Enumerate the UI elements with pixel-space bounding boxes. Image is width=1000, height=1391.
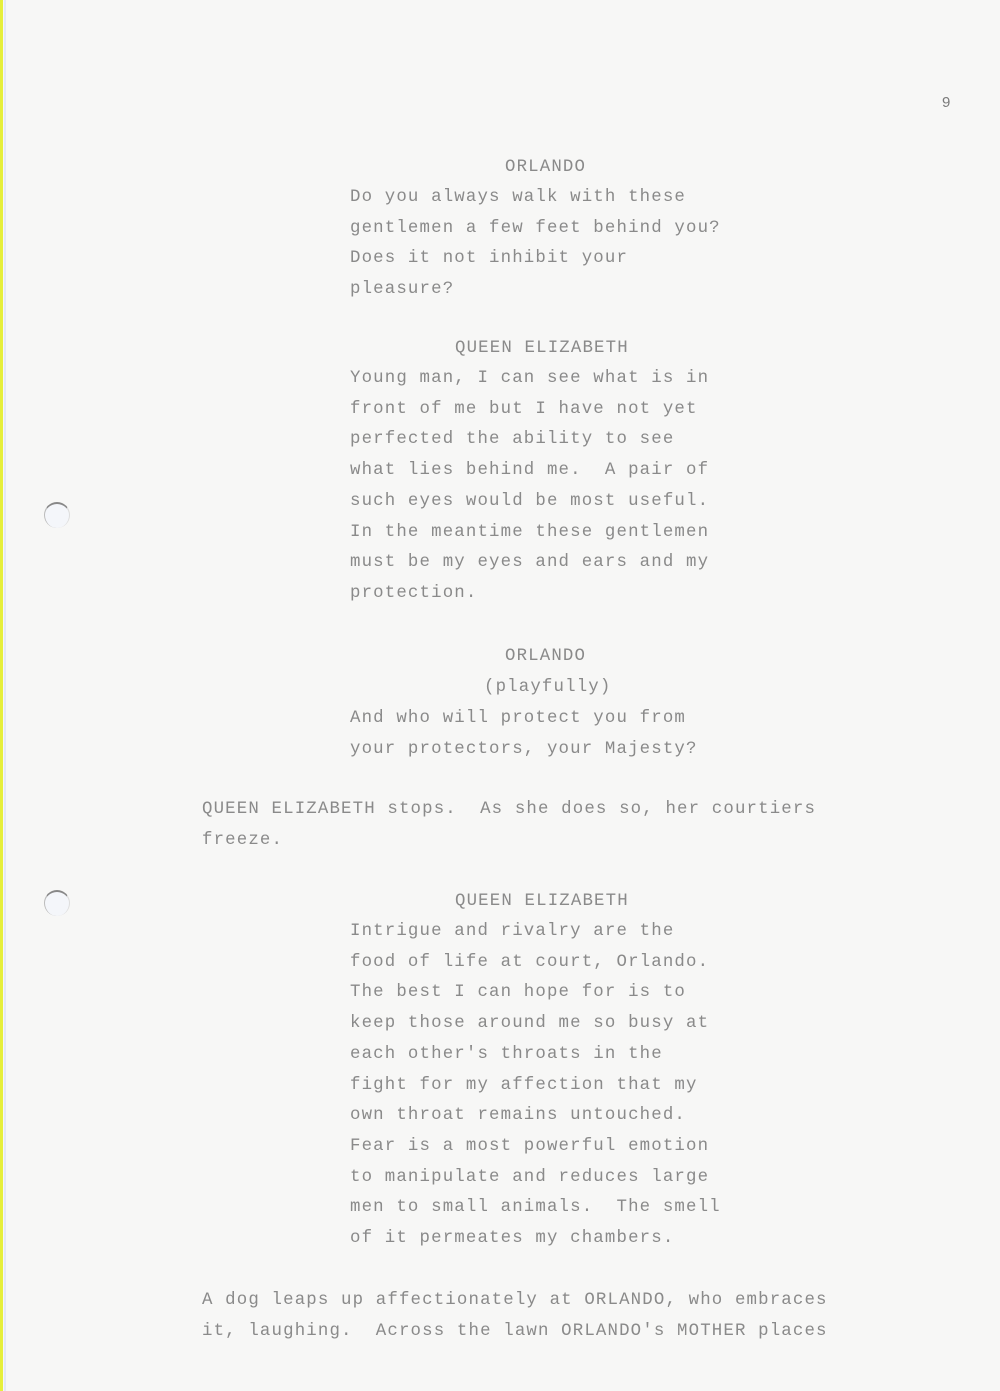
punch-hole-icon: [44, 502, 70, 528]
dialogue-line: perfected the ability to see: [350, 430, 674, 450]
punch-hole-icon: [44, 890, 70, 916]
dialogue-line: pleasure?: [350, 280, 454, 300]
dialogue-line: men to small animals. The smell: [350, 1198, 721, 1218]
dialogue-line: protection.: [350, 584, 477, 604]
page-number: 9: [942, 94, 950, 111]
action-line: A dog leaps up affectionately at ORLANDO…: [202, 1291, 828, 1311]
action-line: freeze.: [202, 831, 283, 851]
dialogue-line: food of life at court, Orlando.: [350, 953, 709, 973]
dialogue-line: must be my eyes and ears and my: [350, 553, 709, 573]
character-name: ORLANDO: [505, 158, 586, 178]
dialogue-line: gentlemen a few feet behind you?: [350, 219, 721, 239]
dialogue-line: Do you always walk with these: [350, 188, 686, 208]
dialogue-line: to manipulate and reduces large: [350, 1168, 709, 1188]
action-line: it, laughing. Across the lawn ORLANDO's …: [202, 1322, 828, 1342]
character-name: QUEEN ELIZABETH: [455, 892, 629, 912]
dialogue-line: Does it not inhibit your: [350, 249, 628, 269]
dialogue-line: Intrigue and rivalry are the: [350, 922, 674, 942]
dialogue-line: In the meantime these gentlemen: [350, 523, 709, 543]
dialogue-line: of it permeates my chambers.: [350, 1229, 674, 1249]
dialogue-line: each other's throats in the: [350, 1045, 663, 1065]
dialogue-line: your protectors, your Majesty?: [350, 740, 698, 760]
dialogue-line: fight for my affection that my: [350, 1076, 698, 1096]
page-edge-highlight: [0, 0, 3, 1391]
dialogue-line: Young man, I can see what is in: [350, 369, 709, 389]
dialogue-line: own throat remains untouched.: [350, 1106, 686, 1126]
dialogue-line: such eyes would be most useful.: [350, 492, 709, 512]
dialogue-line: front of me but I have not yet: [350, 400, 698, 420]
dialogue-line: what lies behind me. A pair of: [350, 461, 709, 481]
dialogue-line: keep those around me so busy at: [350, 1014, 709, 1034]
dialogue-line: And who will protect you from: [350, 709, 686, 729]
action-line: QUEEN ELIZABETH stops. As she does so, h…: [202, 800, 816, 820]
character-name: QUEEN ELIZABETH: [455, 339, 629, 359]
dialogue-line: The best I can hope for is to: [350, 983, 686, 1003]
character-name: ORLANDO: [505, 647, 586, 667]
page-edge-line: [4, 0, 6, 1391]
dialogue-line: Fear is a most powerful emotion: [350, 1137, 709, 1157]
parenthetical: (playfully): [484, 678, 611, 698]
